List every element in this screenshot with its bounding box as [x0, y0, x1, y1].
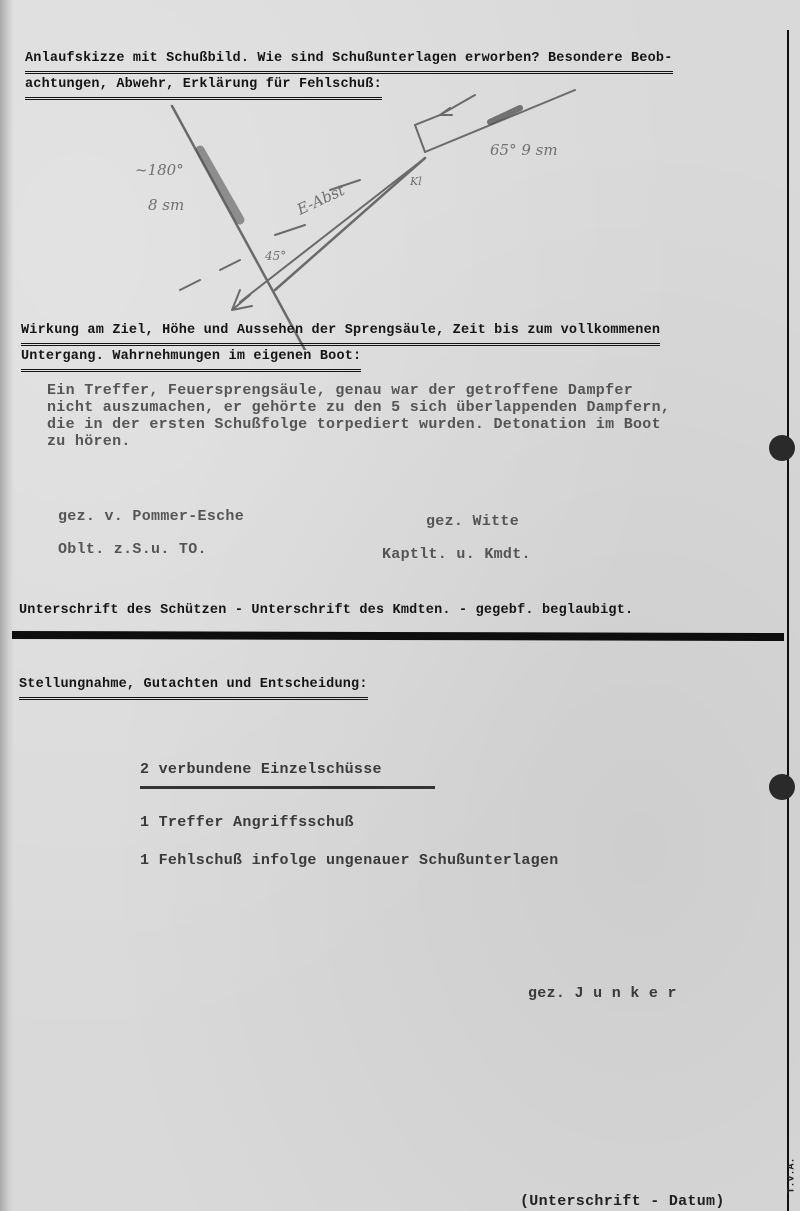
archive-stamp: T.V.A.: [787, 1157, 798, 1193]
section1-heading-line1: Anlaufskizze mit Schußbild. Wie sind Sch…: [25, 48, 673, 74]
summary-item-miss: 1 Fehlschuß infolge ungenauer Schußunter…: [140, 852, 559, 869]
section3-heading: Stellungnahme, Gutachten und Entscheidun…: [19, 674, 368, 700]
summary-title: 2 verbundene Einzelschüsse: [140, 761, 382, 778]
effect-line: nicht auszumachen, er gehörte zu den 5 s…: [47, 399, 670, 416]
effect-line: zu hören.: [47, 433, 670, 450]
section-separator: [12, 631, 784, 641]
decision-signature: gez. J u n k e r: [528, 985, 677, 1002]
punch-hole-lower: [769, 774, 795, 800]
sketch-label-speed: 8 sm: [148, 196, 184, 214]
summary-item-hit: 1 Treffer Angriffsschuß: [140, 814, 354, 831]
section2-heading: Wirkung am Ziel, Höhe und Aussehen der S…: [21, 320, 660, 372]
effect-line: die in der ersten Schußfolge torpediert …: [47, 416, 670, 433]
signature-commander-rank: Kaptlt. u. Kmdt.: [382, 546, 531, 563]
signature-gunner-name: gez. v. Pommer-Esche: [58, 508, 244, 525]
sketch-label-course: ~180°: [135, 161, 184, 179]
punch-hole-upper: [769, 435, 795, 461]
signature-caption: Unterschrift des Schützen - Unterschrift…: [19, 600, 633, 622]
page-edge: [0, 0, 14, 1211]
margin-line: [787, 30, 789, 1211]
section3-heading-text: Stellungnahme, Gutachten und Entscheidun…: [19, 674, 368, 700]
section2-heading-line1: Wirkung am Ziel, Höhe und Aussehen der S…: [21, 320, 660, 346]
signature-commander-name: gez. Witte: [426, 513, 519, 530]
section2-heading-line2: Untergang. Wahrnehmungen im eigenen Boot…: [21, 346, 361, 372]
sketch-label-distance: E-Abst: [293, 181, 348, 219]
summary-underline: [140, 786, 435, 789]
effect-description: Ein Treffer, Feuersprengsäule, genau war…: [47, 382, 670, 450]
signature-date-caption: (Unterschrift - Datum): [520, 1193, 725, 1210]
attack-sketch: ~180° 8 sm 65° 9 sm E-Abst Kl 45°: [100, 80, 620, 350]
sketch-label-target: 65° 9 sm: [490, 141, 558, 159]
sketch-label-angle: 45°: [264, 249, 286, 263]
effect-line: Ein Treffer, Feuersprengsäule, genau war…: [47, 382, 670, 399]
signature-gunner-rank: Oblt. z.S.u. TO.: [58, 541, 207, 558]
sketch-label-small: Kl: [409, 175, 422, 188]
